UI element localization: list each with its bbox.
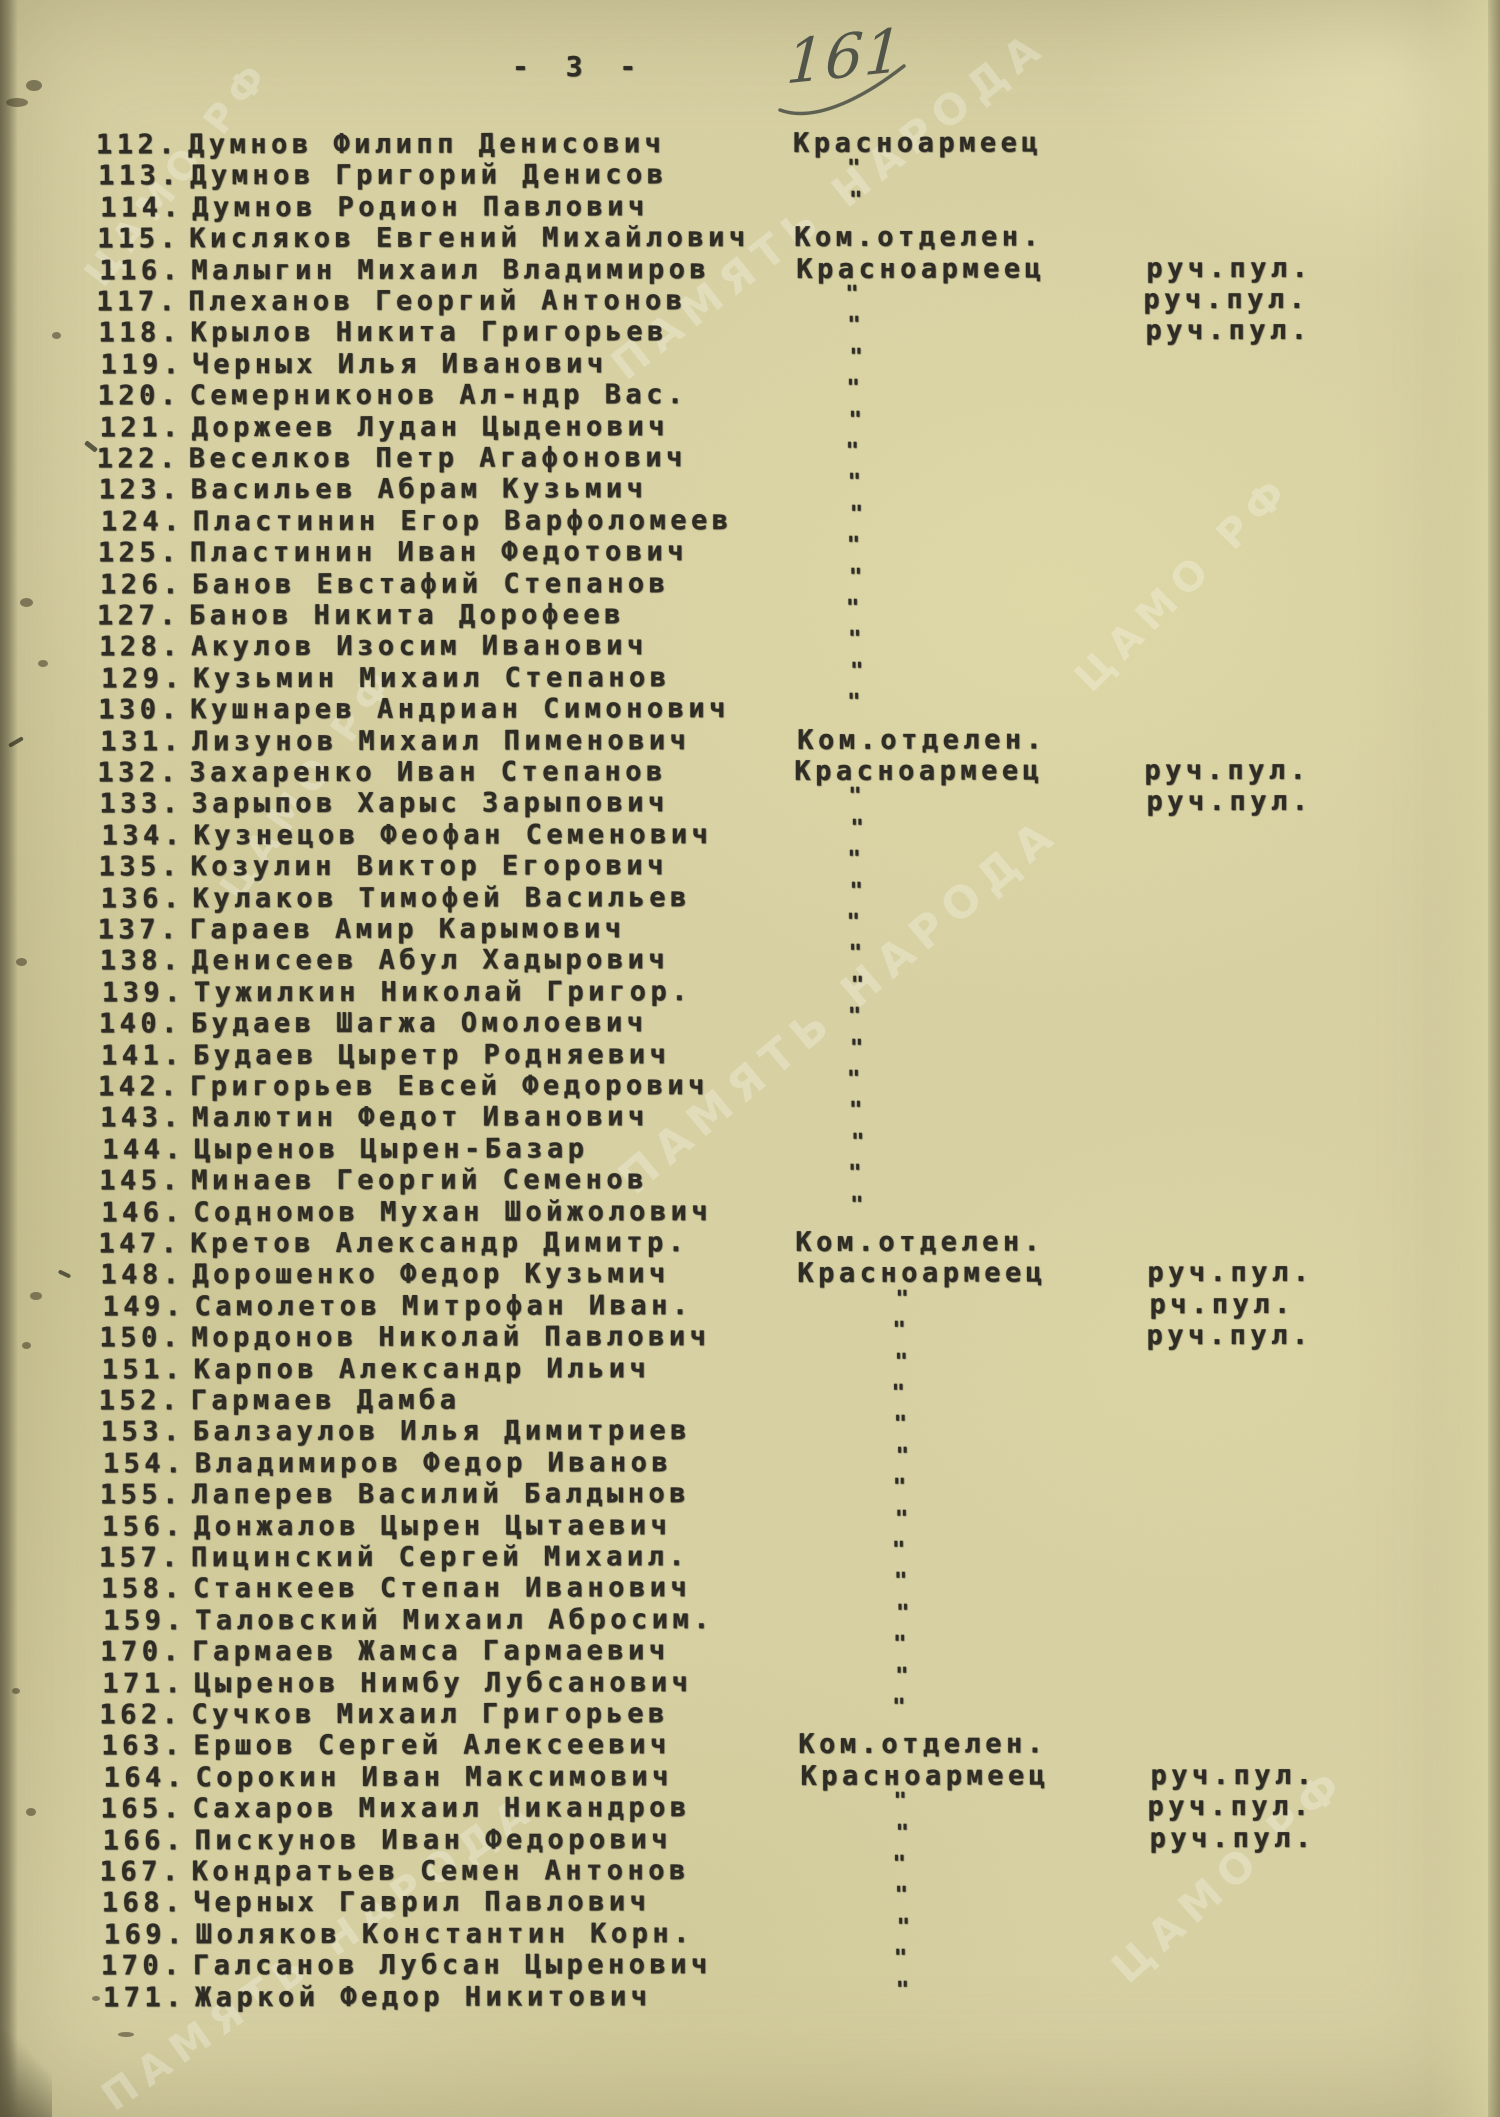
row-rank-ditto-mark: " (848, 847, 861, 872)
row-number: 167. (100, 1856, 183, 1887)
row-number: 130. (98, 694, 181, 725)
row-rank-ditto-mark: " (847, 1067, 860, 1092)
document-page: ЦАМО РФ ПАМЯТЬ НАРОДА ЦАМО РФ ПАМЯТЬ НАР… (0, 0, 1500, 2117)
row-name: Пицинский Сергей Михаил. (191, 1541, 689, 1573)
row-rank: Красноармеец (800, 1760, 1049, 1792)
table-row: 146.Содномов Мухан Шойжолович" (1, 1194, 1500, 1229)
row-name: Козулин Виктор Егорович (191, 850, 668, 882)
row-number: 152. (99, 1385, 182, 1416)
row-note-machinegun: руч.пул. (1146, 252, 1312, 283)
row-name: Сорокин Иван Максимович (195, 1761, 672, 1793)
row-rank-ditto-mark: " (894, 1569, 907, 1594)
row-rank-ditto-mark: " (849, 345, 862, 370)
row-note-machinegun: руч.пул. (1147, 1257, 1313, 1288)
row-rank-ditto-mark: " (850, 1192, 863, 1217)
row-note-machinegun: руч.пул. (1150, 1822, 1316, 1853)
row-rank-ditto-mark: " (850, 502, 863, 527)
row-number: 114. (100, 192, 183, 223)
paper-speck (26, 80, 42, 91)
row-rank-ditto-mark: " (850, 659, 863, 684)
table-row: 135.Козулин Виктор Егорович" (0, 849, 1499, 884)
torn-edge-left (0, 0, 18, 2117)
row-name: Думнов Филипп Денисович (188, 128, 665, 160)
row-number: 154. (103, 1448, 186, 1479)
row-number: 121. (100, 412, 183, 443)
row-note-machinegun: руч.пул. (1144, 755, 1310, 786)
row-number: 162. (99, 1699, 182, 1730)
row-note-machinegun: руч.пул. (1150, 1760, 1316, 1791)
row-rank-ditto-mark: " (849, 941, 862, 966)
row-name: Кретов Александр Димитр. (190, 1227, 688, 1259)
table-row: 164.Сорокин Иван МаксимовичКрасноармеецр… (3, 1759, 1500, 1794)
table-row: 124.Пластинин Егор Варфоломеев" (1, 503, 1500, 538)
pencil-mark (92, 1996, 100, 2001)
row-name: Будаев Цыретр Родняевич (193, 1039, 670, 1071)
row-number: 132. (97, 757, 180, 788)
table-row: 143.Малютин Федот Иванович" (0, 1100, 1500, 1135)
row-name: Крылов Никита Григорьев (190, 317, 667, 349)
row-rank-ditto-mark: " (845, 282, 858, 307)
row-number: 153. (101, 1417, 184, 1448)
table-row: 153.Балзаулов Илья Димитриев" (1, 1414, 1500, 1449)
row-number: 156. (102, 1511, 185, 1542)
table-row: 130.Кушнарев Андриан Симонович" (0, 692, 1498, 727)
table-row: 159.Таловский Михаил Абросим." (3, 1602, 1500, 1637)
row-number: 171. (103, 1982, 186, 2013)
row-rank: Красноармеец (797, 1258, 1046, 1290)
row-rank-ditto-mark: " (893, 1475, 906, 1500)
row-number: 157. (99, 1542, 182, 1573)
row-rank-ditto-mark: " (896, 1600, 909, 1625)
row-number: 137. (98, 914, 181, 945)
table-row: 132.Захаренко Иван СтепановКрасноармеецр… (0, 754, 1497, 789)
row-rank-ditto-mark: " (895, 1663, 908, 1688)
row-name: Семерниконов Ал-ндр Вас. (190, 379, 688, 411)
table-row: 151.Карпов Александр Ильич" (2, 1351, 1500, 1386)
row-name: Банов Евстафий Степанов (192, 568, 669, 600)
row-number: 166. (103, 1825, 186, 1856)
row-rank-ditto-mark: " (896, 1443, 909, 1468)
row-number: 165. (100, 1793, 183, 1824)
row-name: Зарыпов Харыс Зарыпович (191, 788, 668, 820)
row-name: Самолетов Митрофан Иван. (194, 1290, 692, 1322)
row-name: Цыренов Цырен-Базар (194, 1133, 588, 1165)
row-rank-ditto-mark: " (896, 1820, 909, 1845)
row-name: Таловский Михаил Абросим. (195, 1604, 714, 1636)
table-row: 152.Гармаев Дамба" (0, 1382, 1499, 1417)
row-number: 155. (100, 1479, 183, 1510)
row-note-machinegun: руч.пул. (1147, 1791, 1313, 1822)
row-rank: Красноармеец (796, 253, 1045, 285)
row-rank-ditto-mark: " (850, 878, 863, 903)
row-number: 168. (102, 1888, 185, 1919)
row-rank-ditto-mark: " (847, 376, 860, 401)
row-number: 136. (101, 883, 184, 914)
row-rank-ditto-mark: " (849, 407, 862, 432)
row-name: Думнов Григорий Денисов (190, 160, 667, 192)
row-rank: Красноармеец (794, 755, 1043, 787)
paper-speck (12, 1688, 20, 1694)
paper-speck (6, 98, 28, 107)
row-name: Жаркой Федор Никитович (195, 1981, 652, 2013)
row-name: Тужилкин Николай Григор. (194, 976, 692, 1008)
table-row: 170.Галсанов Лубсан Цыренович" (1, 1948, 1500, 1983)
row-name: Гараев Амир Карымович (190, 913, 626, 945)
row-number: 143. (100, 1103, 183, 1134)
table-row: 134.Кузнецов Феофан Семенович" (1, 817, 1500, 852)
row-name: Кисляков Евгений Михайлович (189, 222, 749, 254)
row-number: 120. (98, 380, 181, 411)
row-rank-ditto-mark: " (849, 564, 862, 589)
row-name: Владимиров Федор Иванов (195, 1447, 672, 1479)
row-number: 112. (96, 129, 179, 160)
row-rank-ditto-mark: " (895, 1286, 908, 1311)
row-number: 151. (102, 1354, 185, 1385)
row-note-machinegun: руч.пул. (1146, 786, 1312, 817)
row-name: Гармаев Жамса Гармаевич (192, 1635, 669, 1667)
row-name: Лаперев Василий Балдынов (192, 1478, 690, 1510)
pencil-mark (118, 2032, 134, 2037)
table-row: 112.Думнов Филипп ДенисовичКрасноармеец (0, 126, 1496, 161)
row-name: Станкеев Степан Иванович (193, 1573, 691, 1605)
row-rank-ditto-mark: " (847, 533, 860, 558)
row-note-machinegun: руч.пул. (1145, 315, 1311, 346)
row-name: Кушнарев Андриан Симонович (190, 693, 730, 725)
table-row: 168.Черных Гаврил Павлович" (2, 1885, 1500, 1920)
table-row: 114.Думнов Родион Павлович" (0, 189, 1500, 224)
row-name: Кондратьев Семен Антонов (192, 1855, 690, 1887)
row-name: Цыренов Нимбу Лубсанович (194, 1667, 692, 1699)
row-name: Балзаулов Илья Димитриев (193, 1416, 691, 1448)
table-row: 116.Малыгин Михаил ВладимировКрасноармее… (0, 252, 1499, 287)
row-name: Малыгин Михаил Владимиров (191, 254, 710, 286)
table-row: 119.Черных Илья Иванович" (0, 346, 1500, 381)
table-row: 144.Цыренов Цырен-Базар" (2, 1131, 1500, 1166)
row-rank-ditto-mark: " (897, 1914, 910, 1939)
row-rank-ditto-mark: " (847, 690, 860, 715)
handwritten-number: 161 (772, 18, 922, 128)
row-rank-ditto-mark: " (893, 1318, 906, 1343)
row-number: 148. (100, 1260, 183, 1291)
table-row: 167.Кондратьев Семен Антонов" (0, 1853, 1500, 1888)
table-row: 121.Доржеев Лудан Цыденович" (0, 409, 1500, 444)
paper-speck (20, 598, 33, 607)
row-rank: Ком.отделен. (795, 1226, 1044, 1258)
paper-speck (22, 1342, 31, 1349)
table-row: 148.Дорошенко Федор КузьмичКрасноармеецр… (0, 1257, 1500, 1292)
roster-list: 112.Думнов Филипп ДенисовичКрасноармеец1… (0, 126, 1500, 2029)
table-row: 140.Будаев Шагжа Омолоевич" (0, 1006, 1499, 1041)
table-row: 123.Васильев Абрам Кузьмич" (0, 472, 1499, 507)
table-row: 171.Жаркой Федор Никитович" (3, 1979, 1500, 2014)
row-number: 139. (102, 977, 185, 1008)
row-name: Галсанов Лубсан Цыренович (193, 1949, 712, 1981)
table-row: 126.Банов Евстафий Степанов" (0, 566, 1500, 601)
row-rank-ditto-mark: " (893, 1789, 906, 1814)
row-name: Гармаев Дамба (191, 1385, 461, 1417)
row-number: 115. (97, 223, 180, 254)
row-number: 164. (103, 1762, 186, 1793)
row-rank-ditto-mark: " (849, 188, 862, 213)
row-rank-ditto-mark: " (848, 470, 861, 495)
row-name: Минаев Георгий Семенов (191, 1164, 648, 1196)
row-number: 163. (101, 1731, 184, 1762)
row-name: Содномов Мухан Шойжолович (193, 1196, 712, 1228)
row-number: 171. (102, 1668, 185, 1699)
row-name: Сахаров Михаил Никандров (192, 1792, 690, 1824)
table-row: 117.Плеханов Георгий Антонов"руч.пул. (0, 283, 1496, 318)
row-number: 159. (103, 1605, 186, 1636)
row-number: 123. (99, 475, 182, 506)
row-rank-ditto-mark: " (895, 1506, 908, 1531)
row-name: Карпов Александр Ильич (194, 1353, 651, 1385)
table-row: 149.Самолетов Митрофан Иван."рч.пул. (2, 1288, 1500, 1323)
row-number: 134. (101, 820, 184, 851)
row-rank: Ком.отделен. (797, 724, 1046, 756)
row-rank-ditto-mark: " (847, 313, 860, 338)
row-number: 170. (100, 1636, 183, 1667)
row-rank-ditto-mark: " (848, 1004, 861, 1029)
row-rank-ditto-mark: " (848, 784, 861, 809)
row-rank-ditto-mark: " (894, 1946, 907, 1971)
row-number: 119. (100, 349, 183, 380)
paper-speck (16, 958, 27, 966)
row-name: Пискунов Иван Федорович (195, 1824, 672, 1856)
row-number: 158. (101, 1574, 184, 1605)
row-name: Сучков Михаил Григорьев (191, 1698, 668, 1730)
handwritten-underline (772, 18, 922, 128)
scan-edge-right (1488, 0, 1500, 2117)
row-rank-ditto-mark: " (848, 1161, 861, 1186)
row-number: 169. (104, 1919, 187, 1950)
row-rank-ditto-mark: " (893, 1632, 906, 1657)
row-rank-ditto-mark: " (850, 816, 863, 841)
table-row: 141.Будаев Цыретр Родняевич" (1, 1037, 1500, 1072)
row-number: 124. (101, 506, 184, 537)
row-name: Мордонов Николай Павлович (192, 1321, 711, 1353)
row-rank: Ком.отделен. (794, 222, 1043, 254)
row-number: 149. (102, 1291, 185, 1322)
table-row: 136.Кулаков Тимофей Васильев" (1, 880, 1500, 915)
table-row: 162.Сучков Михаил Григорьев" (0, 1696, 1499, 1731)
table-row: 166.Пискунов Иван Федорович"руч.пул. (3, 1822, 1500, 1857)
paper-speck (38, 660, 48, 667)
table-row: 138.Денисеев Абул Хадырович" (0, 943, 1500, 978)
row-name: Григорьев Евсей Федорович (190, 1070, 709, 1102)
row-number: 138. (100, 946, 183, 977)
table-row: 115.Кисляков Евгений МихайловичКом.отдел… (0, 221, 1497, 256)
row-number: 131. (100, 726, 183, 757)
row-number: 126. (100, 569, 183, 600)
table-row: 133.Зарыпов Харыс Зарыпович"руч.пул. (0, 786, 1499, 821)
row-number: 141. (101, 1040, 184, 1071)
row-name: Денисеев Абул Хадырович (192, 945, 669, 977)
paper-speck (52, 332, 61, 339)
row-rank-ditto-mark: " (851, 973, 864, 998)
row-number: 170. (101, 1950, 184, 1981)
row-name: Дорошенко Федор Кузьмич (192, 1259, 669, 1291)
row-name: Будаев Шагжа Омолоевич (191, 1007, 648, 1039)
row-rank-ditto-mark: " (849, 1098, 862, 1123)
page-edge-right (1430, 0, 1488, 2117)
table-row: 154.Владимиров Федор Иванов" (3, 1445, 1500, 1480)
row-number: 113. (98, 161, 181, 192)
row-name: Ершов Сергей Алексеевич (193, 1730, 670, 1762)
table-row: 147.Кретов Александр Димитр.Ком.отделен. (0, 1225, 1498, 1260)
row-name: Пластинин Егор Варфоломеев (193, 505, 733, 537)
row-number: 118. (98, 318, 181, 349)
row-name: Захаренко Иван Степанов (189, 756, 666, 788)
torn-corner-bottom-left (0, 2031, 52, 2117)
row-number: 144. (102, 1134, 185, 1165)
table-row: 169.Шоляков Константин Корн." (4, 1916, 1500, 1951)
row-name: Акулов Изосим Иванович (191, 631, 648, 663)
table-row: 171.Цыренов Нимбу Лубсанович" (2, 1665, 1500, 1700)
table-row: 139.Тужилкин Николай Григор." (2, 974, 1500, 1009)
row-number: 127. (97, 600, 180, 631)
row-number: 117. (96, 286, 179, 317)
table-row: 118.Крылов Никита Григорьев"руч.пул. (0, 315, 1498, 350)
row-name: Банов Никита Дорофеев (189, 599, 625, 631)
row-rank-ditto-mark: " (896, 1977, 909, 2002)
row-name: Васильев Абрам Кузьмич (191, 474, 648, 506)
table-row: 128.Акулов Изосим Иванович" (0, 629, 1499, 664)
row-number: 140. (99, 1008, 182, 1039)
row-rank-ditto-mark: " (847, 910, 860, 935)
row-rank-ditto-mark: " (848, 627, 861, 652)
row-number: 145. (99, 1165, 182, 1196)
paper-speck (26, 1808, 36, 1816)
table-row: 163.Ершов Сергей АлексеевичКом.отделен. (1, 1728, 1500, 1763)
row-number: 125. (98, 537, 181, 568)
table-row: 156.Донжалов Цырен Цытаевич" (2, 1508, 1500, 1543)
table-row: 129.Кузьмин Михаил Степанов" (1, 660, 1500, 695)
table-row: 113.Думнов Григорий Денисов" (0, 158, 1498, 193)
table-row: 157.Пицинский Сергей Михаил." (0, 1539, 1499, 1574)
row-note-machinegun: рч.пул. (1149, 1289, 1294, 1320)
row-name: Донжалов Цырен Цытаевич (194, 1510, 671, 1542)
row-rank-ditto-mark: " (851, 1130, 864, 1155)
paper-speck (30, 1292, 42, 1300)
row-name: Доржеев Лудан Цыденович (192, 411, 669, 443)
row-rank-ditto-mark: " (892, 1538, 905, 1563)
table-row: 120.Семерниконов Ал-ндр Вас." (0, 378, 1498, 413)
row-number: 122. (97, 443, 180, 474)
row-rank: Ком.отделен. (798, 1729, 1047, 1761)
row-rank-ditto-mark: " (850, 1035, 863, 1060)
row-rank-ditto-mark: " (895, 1349, 908, 1374)
row-number: 142. (98, 1071, 181, 1102)
row-name: Пластинин Иван Федотович (190, 536, 688, 568)
row-name: Шоляков Константин Корн. (196, 1918, 694, 1950)
row-rank-ditto-mark: " (894, 1412, 907, 1437)
row-rank-ditto-mark: " (846, 596, 859, 621)
row-rank-ditto-mark: " (895, 1883, 908, 1908)
row-note-machinegun: руч.пул. (1147, 1320, 1313, 1351)
row-note-machinegun: руч.пул. (1143, 284, 1309, 315)
table-row: 125.Пластинин Иван Федотович" (0, 535, 1498, 570)
table-row: 142.Григорьев Евсей Федорович" (0, 1068, 1498, 1103)
page-number: - 3 - (512, 50, 646, 83)
row-name: Думнов Родион Павлович (192, 191, 649, 223)
table-row: 155.Лаперев Василий Балдынов" (0, 1477, 1500, 1512)
row-rank-ditto-mark: " (847, 156, 860, 181)
row-number: 116. (99, 255, 182, 286)
row-number: 150. (100, 1322, 183, 1353)
row-number: 135. (99, 851, 182, 882)
table-row: 158.Станкеев Степан Иванович" (1, 1571, 1500, 1606)
table-row: 165.Сахаров Михаил Никандров"руч.пул. (0, 1791, 1500, 1826)
row-name: Кузьмин Михаил Степанов (193, 662, 670, 694)
row-number: 146. (101, 1197, 184, 1228)
row-name: Черных Илья Иванович (192, 348, 607, 380)
row-name: Кузнецов Феофан Семенович (193, 819, 712, 851)
table-row: 150.Мордонов Николай Павлович"руч.пул. (0, 1320, 1500, 1355)
table-row: 122.Веселков Петр Агафонович" (0, 440, 1497, 475)
row-number: 129. (101, 663, 184, 694)
table-row: 131.Лизунов Михаил ПименовичКом.отделен. (0, 723, 1500, 758)
row-rank: Красноармеец (793, 127, 1042, 159)
row-name: Черных Гаврил Павлович (194, 1887, 651, 1919)
table-row: 145.Минаев Георгий Семенов" (0, 1163, 1499, 1198)
row-rank-ditto-mark: " (846, 439, 859, 464)
row-name: Плеханов Георгий Антонов (188, 285, 686, 317)
row-rank-ditto-mark: " (892, 1381, 905, 1406)
table-row: 137.Гараев Амир Карымович" (0, 911, 1498, 946)
row-number: 128. (99, 632, 182, 663)
row-rank-ditto-mark: " (892, 1695, 905, 1720)
row-rank-ditto-mark: " (893, 1852, 906, 1877)
table-row: 127.Банов Никита Дорофеев" (0, 597, 1497, 632)
row-number: 133. (99, 789, 182, 820)
row-name: Кулаков Тимофей Васильев (193, 882, 691, 914)
table-row: 170.Гармаев Жамса Гармаевич" (0, 1634, 1500, 1669)
row-name: Веселков Петр Агафонович (189, 442, 687, 474)
row-name: Лизунов Михаил Пименович (192, 725, 690, 757)
row-name: Малютин Федот Иванович (192, 1102, 649, 1134)
row-number: 147. (98, 1228, 181, 1259)
